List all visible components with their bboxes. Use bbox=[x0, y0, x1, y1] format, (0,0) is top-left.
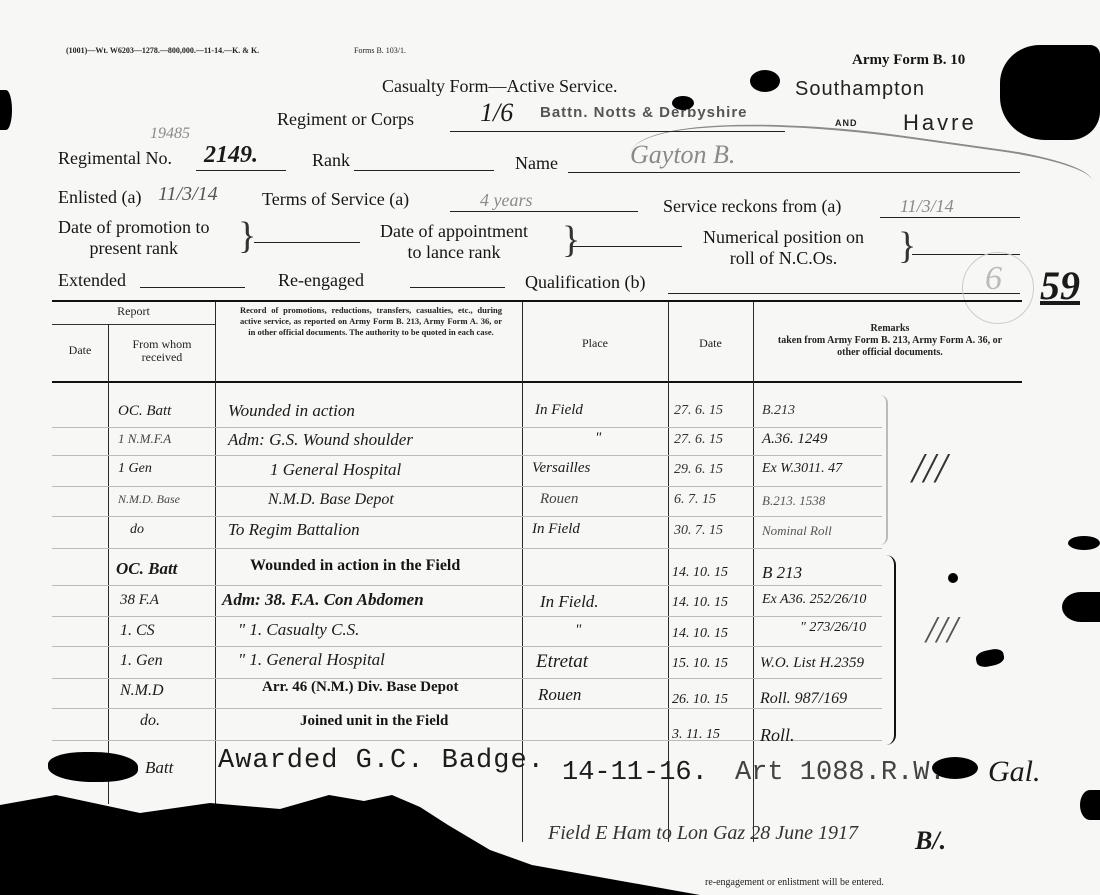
row-record: N.M.D. Base Depot bbox=[268, 491, 394, 509]
row-record: Wounded in action bbox=[228, 401, 355, 421]
row-date: 3. 11. 15 bbox=[672, 727, 720, 743]
reengaged-label: Re-engaged bbox=[278, 270, 364, 291]
regimental-no-value[interactable]: 2149. bbox=[204, 142, 258, 169]
forms-reference: Forms B. 103/1. bbox=[354, 46, 406, 55]
regimental-no-underline bbox=[196, 170, 286, 171]
row-place: " bbox=[575, 622, 581, 639]
terms-underline bbox=[450, 211, 638, 212]
row-place: In Field bbox=[535, 402, 583, 419]
name-label: Name bbox=[515, 153, 558, 174]
record-header: Record of promotions, reductions, transf… bbox=[240, 305, 502, 338]
row-record: 1 General Hospital bbox=[270, 460, 401, 480]
rule bbox=[52, 740, 882, 741]
row-date: 15. 10. 15 bbox=[672, 656, 728, 672]
qualification-label: Qualification (b) bbox=[525, 272, 645, 293]
date-header: Date bbox=[52, 343, 108, 358]
damage-bottom-torn bbox=[0, 795, 700, 895]
row-date: 14. 10. 15 bbox=[672, 595, 728, 611]
row-record: Adm: G.S. Wound shoulder bbox=[228, 430, 413, 450]
row-remarks: Ex A36. 252/26/10 bbox=[762, 592, 866, 608]
nco-label: Numerical position on roll of N.C.Os. bbox=[703, 227, 864, 269]
row-from: Batt bbox=[145, 758, 173, 778]
row-remarks: Nominal Roll bbox=[762, 523, 832, 539]
row-from: 38 F.A bbox=[120, 592, 159, 609]
row-from: N.M.D bbox=[120, 682, 164, 700]
bottom-gazette-note: Field E Ham to Lon Gaz 28 June 1917 bbox=[548, 822, 858, 845]
row-from: 1. CS bbox=[120, 622, 155, 640]
nco-label-line-2: roll of N.C.Os. bbox=[703, 248, 864, 269]
row-record: " 1. Casualty C.S. bbox=[238, 620, 359, 640]
tally-mark-2: /// bbox=[926, 608, 958, 652]
rule bbox=[52, 616, 882, 617]
damage-left-edge bbox=[0, 90, 12, 130]
enlisted-label: Enlisted (a) bbox=[58, 187, 141, 208]
row-date: 30. 7. 15 bbox=[674, 523, 723, 539]
row-remarks: B.213 bbox=[762, 403, 795, 419]
tally-mark-1: /// bbox=[912, 445, 947, 493]
rule bbox=[52, 646, 882, 647]
enlisted-value[interactable]: 11/3/14 bbox=[158, 183, 218, 206]
rule bbox=[52, 708, 882, 709]
remarks-header-desc: taken from Army Form B. 213, Army Form A… bbox=[770, 335, 1010, 359]
date2-header: Date bbox=[668, 336, 753, 351]
row-place: Rouen bbox=[538, 685, 581, 705]
row-place: Versailles bbox=[532, 460, 590, 477]
row-date: 14. 10. 15 bbox=[672, 626, 728, 642]
row-record: Arr. 46 (N.M.) Div. Base Depot bbox=[262, 679, 459, 696]
row-remarks: A.36. 1249 bbox=[762, 431, 827, 448]
brace-1: } bbox=[238, 216, 256, 256]
row-remarks: Roll. bbox=[760, 725, 795, 746]
row-date: 26. 10. 15 bbox=[672, 692, 728, 708]
and-mark: AND bbox=[835, 118, 858, 128]
remarks-header: Remarks taken from Army Form B. 213, Arm… bbox=[770, 323, 1010, 359]
terms-value[interactable]: 4 years bbox=[480, 190, 533, 211]
bracket-2 bbox=[886, 555, 896, 745]
regiment-value-stamp: Battn. Notts & Derbyshire bbox=[540, 104, 748, 121]
remarks-header-title: Remarks bbox=[770, 323, 1010, 335]
row-record: Joined unit in the Field bbox=[300, 713, 448, 730]
rank-label: Rank bbox=[312, 150, 350, 171]
promotion-label-line-2: present rank bbox=[58, 238, 209, 259]
faint-number: 19485 bbox=[150, 125, 190, 143]
row-from: 1 Gen bbox=[118, 461, 152, 477]
award-text: Awarded G.C. Badge. bbox=[218, 746, 545, 776]
promotion-label-line-1: Date of promotion to bbox=[58, 217, 209, 238]
lance-label-line-1: Date of appointment bbox=[380, 221, 528, 242]
row-from: OC. Batt bbox=[118, 403, 171, 420]
table-header-rule bbox=[52, 381, 1022, 383]
row-record: To Regim Battalion bbox=[228, 520, 360, 540]
rule bbox=[52, 678, 882, 679]
promotion-underline bbox=[254, 242, 360, 243]
brace-3: } bbox=[898, 226, 916, 266]
row-date: 27. 6. 15 bbox=[674, 403, 723, 419]
row-from: do bbox=[130, 522, 144, 538]
regimental-no-label: Regimental No. bbox=[58, 148, 172, 169]
row-remarks: W.O. List H.2359 bbox=[760, 655, 864, 672]
row-place: Rouen bbox=[540, 491, 578, 508]
lance-underline bbox=[572, 246, 682, 247]
award-article: Art 1088.R.W. bbox=[735, 758, 946, 788]
row-remarks: B.213. 1538 bbox=[762, 493, 825, 509]
footer-note: re-engagement or enlistment will be ente… bbox=[705, 877, 884, 888]
row-date: 6. 7. 15 bbox=[674, 492, 716, 508]
report-subheader-rule bbox=[52, 324, 215, 325]
reengaged-underline bbox=[410, 287, 505, 288]
ink-blot bbox=[672, 96, 694, 110]
place-header: Place bbox=[522, 336, 668, 351]
row-from: 1 N.M.F.A bbox=[118, 431, 171, 447]
lance-label-line-2: to lance rank bbox=[380, 242, 528, 263]
row-record: " 1. General Hospital bbox=[238, 650, 385, 670]
rule bbox=[52, 427, 882, 428]
row-record: Adm: 38. F.A. Con Abdomen bbox=[222, 590, 424, 610]
row-from: 1. Gen bbox=[120, 652, 163, 670]
extended-label: Extended bbox=[58, 270, 126, 291]
row-from: OC. Batt bbox=[116, 559, 177, 579]
rule bbox=[52, 516, 882, 517]
nco-label-line-1: Numerical position on bbox=[703, 227, 864, 248]
promotion-label: Date of promotion to present rank bbox=[58, 217, 209, 259]
row-record: Wounded in action in the Field bbox=[250, 557, 460, 575]
ink-blot bbox=[1068, 536, 1100, 550]
award-date: 14-11-16. bbox=[562, 758, 708, 788]
form-title: Casualty Form—Active Service. bbox=[382, 76, 617, 97]
lance-label: Date of appointment to lance rank bbox=[380, 221, 528, 263]
row-date: 29. 6. 15 bbox=[674, 462, 723, 478]
row-remarks: B 213 bbox=[762, 563, 802, 583]
row-remarks: Ex W.3011. 47 bbox=[762, 461, 842, 477]
page-number: 59 bbox=[1040, 262, 1080, 309]
rule bbox=[52, 585, 882, 586]
row-date: 14. 10. 15 bbox=[672, 565, 728, 581]
ink-blot bbox=[948, 573, 958, 583]
ink-blot bbox=[750, 70, 780, 92]
terms-label: Terms of Service (a) bbox=[262, 189, 409, 210]
report-header: Report bbox=[52, 304, 215, 319]
row-from: do. bbox=[140, 712, 160, 730]
brace-2: } bbox=[562, 220, 580, 260]
damage-top-right bbox=[1000, 45, 1100, 140]
row-date: 27. 6. 15 bbox=[674, 432, 723, 448]
row-from: N.M.D. Base bbox=[118, 492, 180, 507]
southampton-stamp: Southampton bbox=[795, 78, 925, 101]
award-gazette: Gal. bbox=[988, 755, 1041, 789]
from-whom-header: From whom received bbox=[112, 338, 212, 364]
regiment-label: Regiment or Corps bbox=[277, 109, 414, 130]
extended-underline bbox=[140, 287, 245, 288]
circled-mark-value: 6 bbox=[985, 260, 1002, 298]
army-form-number: Army Form B. 10 bbox=[852, 52, 965, 69]
col-line-date bbox=[108, 324, 109, 804]
ink-blot bbox=[975, 647, 1006, 668]
rank-underline bbox=[354, 170, 494, 171]
damage-right-edge bbox=[1080, 790, 1100, 820]
row-place: " bbox=[595, 430, 601, 447]
table-top-rule bbox=[52, 300, 1022, 302]
row-remarks: Roll. 987/169 bbox=[760, 690, 847, 708]
ink-blot bbox=[932, 757, 978, 779]
ink-blot bbox=[1062, 592, 1100, 622]
row-remarks: " 273/26/10 bbox=[800, 620, 866, 636]
rule bbox=[52, 455, 882, 456]
regiment-value-handwritten: 1/6 bbox=[480, 98, 513, 128]
bottom-initial: B/. bbox=[915, 826, 946, 856]
havre-stamp: Havre bbox=[903, 110, 977, 136]
damage-blot bbox=[48, 752, 138, 782]
row-place: In Field bbox=[532, 521, 580, 538]
rule bbox=[52, 548, 882, 549]
row-place: Etretat bbox=[536, 651, 588, 673]
row-place: In Field. bbox=[540, 592, 599, 612]
rule bbox=[52, 486, 882, 487]
bracket-1 bbox=[880, 395, 888, 545]
print-line: (1001)—Wt. W6203—1278.—800,000.—11-14.—K… bbox=[66, 46, 259, 55]
